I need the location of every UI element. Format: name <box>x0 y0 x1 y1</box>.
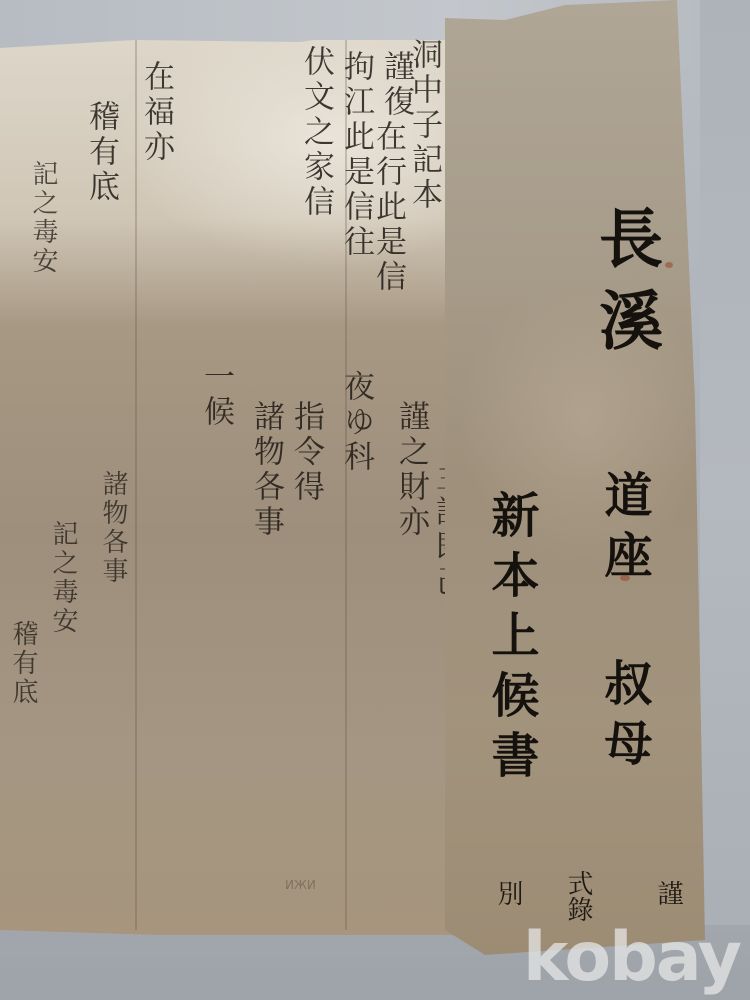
background-wall-right <box>700 0 750 1000</box>
letter-column: 記之毒安 <box>50 520 76 636</box>
cover-note: 謹 <box>655 880 681 906</box>
letter-column: 諸物各事 <box>250 400 281 540</box>
paper-fold <box>135 40 137 930</box>
cover-note: 別 <box>495 880 521 906</box>
ink-stain <box>665 262 673 268</box>
letter-column: 在行此是信 <box>372 120 403 295</box>
envelope-cover: 長溪 道座 叔母 新本上候書 別 式錄 謹 <box>445 0 705 960</box>
letter-column: 稽有底 <box>85 100 116 205</box>
letter-column: 一候 <box>200 360 231 430</box>
paper-fold <box>345 40 347 930</box>
faint-pencil-mark: ИЖИ <box>285 878 316 892</box>
ink-stain <box>620 575 630 581</box>
letter-sheet: 洞中子記本 謹復 在行此是信 拘江此是信往 伏文之家信 主謹既己 謹之財亦 夜ゆ… <box>0 40 470 935</box>
letter-column: 在福亦 <box>140 60 171 165</box>
cover-title: 長溪 <box>593 205 657 369</box>
letter-column: 謹復 <box>380 50 411 120</box>
cover-note: 式錄 <box>565 870 591 922</box>
watermark-logo: kobay <box>523 918 740 997</box>
letter-column: 記之毒安 <box>30 160 56 276</box>
cover-sender: 新本上候書 <box>487 490 535 790</box>
cover-address: 道座 叔母 <box>600 470 648 778</box>
letter-column: 伏文之家信 <box>300 45 331 220</box>
letter-column: 指令得 <box>290 400 321 505</box>
letter-column: 稽有底 <box>10 620 36 707</box>
letter-column: 諸物各事 <box>100 470 126 586</box>
letter-column: 謹之財亦 <box>395 400 426 540</box>
